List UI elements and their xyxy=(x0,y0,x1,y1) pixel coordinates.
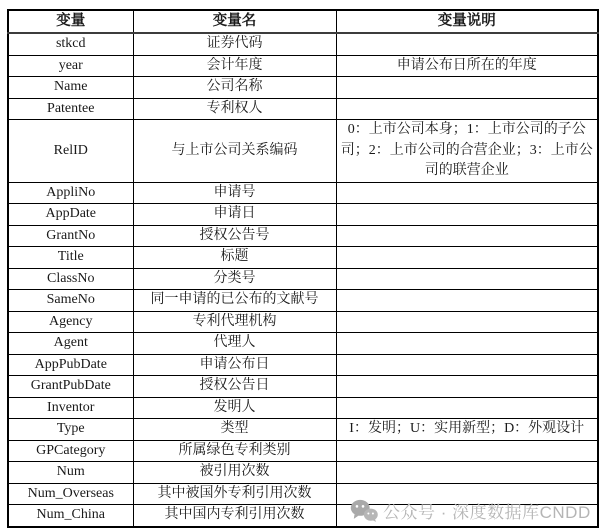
table-row: Title标题 xyxy=(8,247,598,269)
table-row: AppPubDate申请公布日 xyxy=(8,354,598,376)
table-row: Agent代理人 xyxy=(8,333,598,355)
cell-variable-name: 授权公告号 xyxy=(133,225,336,247)
table-row: Name公司名称 xyxy=(8,77,598,99)
cell-variable: Agent xyxy=(8,333,133,355)
cell-variable-name: 专利代理机构 xyxy=(133,311,336,333)
table-row: year会计年度申请公布日所在的年度 xyxy=(8,55,598,77)
cell-variable: Name xyxy=(8,77,133,99)
table-row: ClassNo分类号 xyxy=(8,268,598,290)
cell-variable-description xyxy=(336,397,598,419)
cell-variable-name: 公司名称 xyxy=(133,77,336,99)
cell-variable: Num_Overseas xyxy=(8,483,133,505)
cell-variable-name: 发明人 xyxy=(133,397,336,419)
table-header-row: 变量 变量名 变量说明 xyxy=(8,10,598,33)
table-body: stkcd证券代码year会计年度申请公布日所在的年度Name公司名称Paten… xyxy=(8,33,598,527)
cell-variable-description xyxy=(336,33,598,55)
cell-variable-description xyxy=(336,483,598,505)
cell-variable-description: 申请公布日所在的年度 xyxy=(336,55,598,77)
cell-variable-name: 代理人 xyxy=(133,333,336,355)
cell-variable-name: 申请号 xyxy=(133,182,336,204)
cell-variable-name: 被引用次数 xyxy=(133,462,336,484)
table-row: Num_Overseas其中被国外专利引用次数 xyxy=(8,483,598,505)
cell-variable-name: 所属绿色专利类别 xyxy=(133,440,336,462)
table-row: GPCategory所属绿色专利类别 xyxy=(8,440,598,462)
cell-variable: Num xyxy=(8,462,133,484)
cell-variable-description xyxy=(336,225,598,247)
cell-variable: Patentee xyxy=(8,98,133,120)
cell-variable-name: 标题 xyxy=(133,247,336,269)
cell-variable: GrantPubDate xyxy=(8,376,133,398)
cell-variable-name: 其中国内专利引用次数 xyxy=(133,505,336,527)
cell-variable-name: 申请日 xyxy=(133,204,336,226)
header-variable-name: 变量名 xyxy=(133,10,336,33)
cell-variable: GPCategory xyxy=(8,440,133,462)
cell-variable-description xyxy=(336,354,598,376)
cell-variable: GrantNo xyxy=(8,225,133,247)
header-variable: 变量 xyxy=(8,10,133,33)
cell-variable-description xyxy=(336,98,598,120)
cell-variable-description xyxy=(336,247,598,269)
cell-variable-description xyxy=(336,462,598,484)
cell-variable-description: 0：上市公司本身；1：上市公司的子公司；2：上市公司的合营企业；3：上市公司的联… xyxy=(336,120,598,183)
cell-variable: Agency xyxy=(8,311,133,333)
table-row: AppliNo申请号 xyxy=(8,182,598,204)
cell-variable-name: 其中被国外专利引用次数 xyxy=(133,483,336,505)
cell-variable-description xyxy=(336,376,598,398)
table-row: AppDate申请日 xyxy=(8,204,598,226)
table-row: Num被引用次数 xyxy=(8,462,598,484)
cell-variable-name: 分类号 xyxy=(133,268,336,290)
cell-variable-name: 专利权人 xyxy=(133,98,336,120)
cell-variable: RelID xyxy=(8,120,133,183)
table-row: RelID与上市公司关系编码0：上市公司本身；1：上市公司的子公司；2：上市公司… xyxy=(8,120,598,183)
table-row: Inventor发明人 xyxy=(8,397,598,419)
cell-variable: year xyxy=(8,55,133,77)
cell-variable-name: 会计年度 xyxy=(133,55,336,77)
table-row: Agency专利代理机构 xyxy=(8,311,598,333)
cell-variable: AppDate xyxy=(8,204,133,226)
table-row: GrantPubDate授权公告日 xyxy=(8,376,598,398)
cell-variable-description xyxy=(336,505,598,527)
cell-variable-description xyxy=(336,311,598,333)
cell-variable-name: 授权公告日 xyxy=(133,376,336,398)
header-variable-description: 变量说明 xyxy=(336,10,598,33)
cell-variable: AppPubDate xyxy=(8,354,133,376)
cell-variable-name: 证券代码 xyxy=(133,33,336,55)
variable-definition-table: 变量 变量名 变量说明 stkcd证券代码year会计年度申请公布日所在的年度N… xyxy=(7,9,599,528)
cell-variable-description xyxy=(336,182,598,204)
table-row: SameNo同一申请的已公布的文献号 xyxy=(8,290,598,312)
table-row: Patentee专利权人 xyxy=(8,98,598,120)
cell-variable: stkcd xyxy=(8,33,133,55)
cell-variable: Num_China xyxy=(8,505,133,527)
cell-variable-description xyxy=(336,333,598,355)
table-row: Type类型I：发明；U：实用新型；D：外观设计 xyxy=(8,419,598,441)
cell-variable-name: 申请公布日 xyxy=(133,354,336,376)
cell-variable-description: I：发明；U：实用新型；D：外观设计 xyxy=(336,419,598,441)
cell-variable: ClassNo xyxy=(8,268,133,290)
cell-variable: AppliNo xyxy=(8,182,133,204)
cell-variable-description xyxy=(336,440,598,462)
cell-variable-description xyxy=(336,204,598,226)
cell-variable-description xyxy=(336,290,598,312)
table-row: Num_China其中国内专利引用次数 xyxy=(8,505,598,527)
table-row: GrantNo授权公告号 xyxy=(8,225,598,247)
cell-variable-description xyxy=(336,268,598,290)
cell-variable: Title xyxy=(8,247,133,269)
cell-variable-description xyxy=(336,77,598,99)
cell-variable: Inventor xyxy=(8,397,133,419)
cell-variable-name: 与上市公司关系编码 xyxy=(133,120,336,183)
cell-variable: SameNo xyxy=(8,290,133,312)
cell-variable-name: 同一申请的已公布的文献号 xyxy=(133,290,336,312)
table-row: stkcd证券代码 xyxy=(8,33,598,55)
cell-variable: Type xyxy=(8,419,133,441)
cell-variable-name: 类型 xyxy=(133,419,336,441)
